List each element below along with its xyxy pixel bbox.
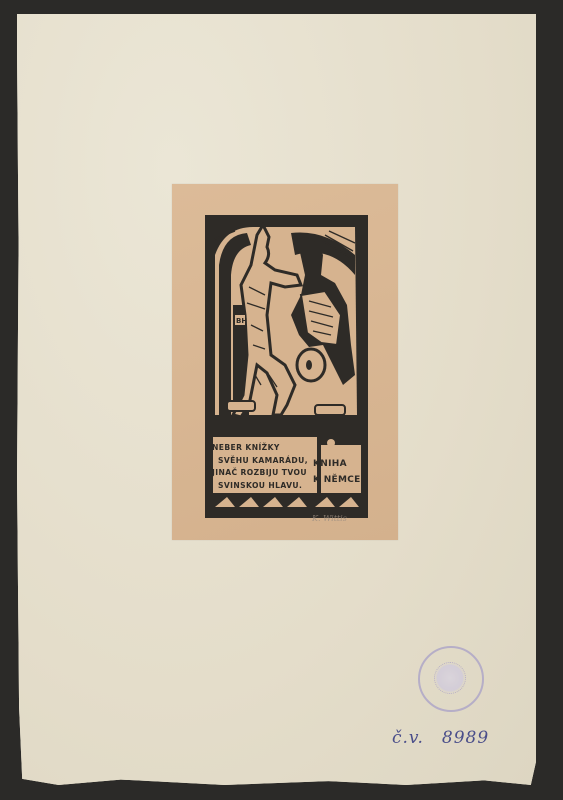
caption-right: KNIHA K NĚMCE bbox=[313, 456, 373, 488]
collection-stamp bbox=[418, 646, 484, 712]
caption-line: SVINSKOU HLAVU. bbox=[218, 480, 320, 493]
artist-signature: K. Wittis bbox=[312, 514, 347, 523]
caption-line: K NĚMCE bbox=[313, 472, 373, 488]
inventory-value: 8989 bbox=[442, 728, 489, 748]
caption-line: JINAČ ROZBIJU TVOU bbox=[212, 467, 320, 480]
caption-line: NEBER KNÍŽKY bbox=[212, 442, 320, 455]
inventory-number: č.v.8989 bbox=[392, 728, 489, 748]
inventory-label: č.v. bbox=[392, 728, 424, 748]
caption-left: NEBER KNÍŽKY SVĚHU KAMARÁDU, JINAČ ROZBI… bbox=[212, 442, 320, 492]
caption-line: SVĚHU KAMARÁDU, bbox=[218, 455, 320, 468]
mount-card: BH NEBER KNÍŽKY SVĚHU KAMARÁDU, JINAČ RO… bbox=[172, 184, 398, 540]
caption-line: KNIHA bbox=[313, 456, 373, 472]
monogram: BH bbox=[236, 317, 247, 325]
